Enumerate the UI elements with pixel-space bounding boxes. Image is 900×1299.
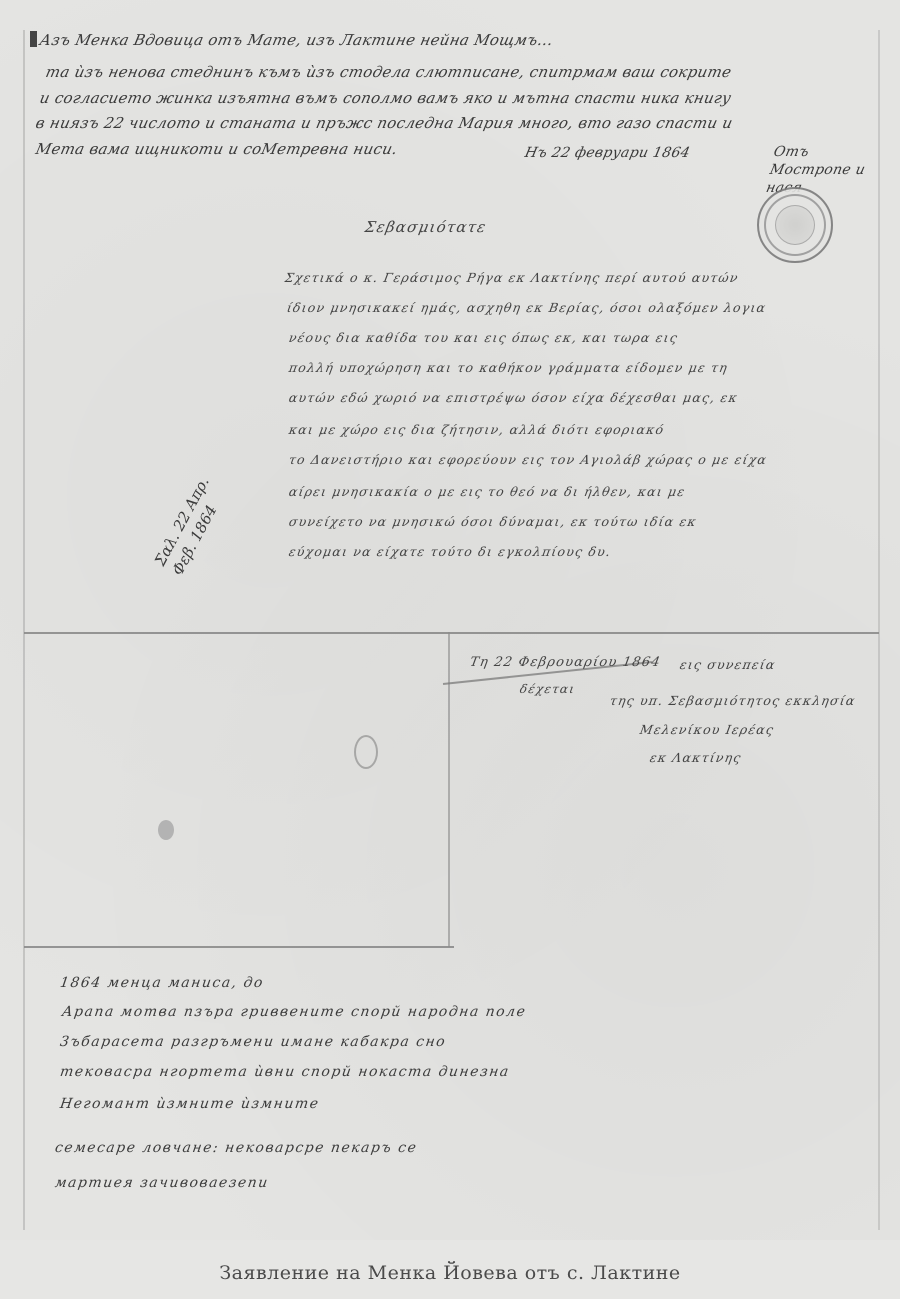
fold-line-vertical-middle: [448, 632, 450, 947]
document-sheet: Азъ Менка Вдовица отъ Мате, изъ Лактине …: [0, 0, 900, 1240]
greek-heading: Σεβασμιότατε: [363, 218, 488, 236]
fold-line-vertical-right: [878, 30, 880, 1230]
top-line-5: Мета вама ищникоти и соМетревна ниси.: [34, 140, 399, 158]
bottom-line-6: семесаре ловчане: нековарсре пекаръ се: [54, 1140, 419, 1156]
greek-line-2: ίδιον μνησικακεί ημάς, ασχηθη εκ Βερίας,…: [286, 300, 768, 315]
greek-line-7: το Δανειστήριο και εφορεύουν εις τον Αγι…: [288, 452, 769, 467]
bottom-line-2: Арапа мотва пзъра гриввените спорй народ…: [61, 1004, 528, 1020]
top-line-3: и согласието жинка изъятна въмъ сополмо …: [38, 89, 733, 107]
greek-line-3: νέους δια καθίδα του και εις όπως εκ, κα…: [288, 330, 680, 345]
bottom-line-1: 1864 менца маниса, до: [59, 975, 265, 991]
greek-line-6: και με χώρο εις δια ζήτησιν, αλλά διότι …: [288, 422, 666, 437]
top-date-line: Нъ 22 февруари 1864: [523, 145, 691, 161]
annotation-line-3: Μελενίκου Ιερέας: [639, 722, 776, 737]
annotation-line-1: εις συνεπεία: [679, 657, 777, 672]
top-line-4: в ниязъ 22 числото и станата и пръжс пос…: [34, 114, 734, 132]
ink-blot-outline: [354, 735, 378, 769]
bottom-line-4: тековасра нгортета ѝвни спорй нокаста ди…: [59, 1064, 511, 1080]
annotation-line-2: της υπ. Σεβασμιότητος εκκλησία: [609, 693, 857, 708]
annotation-date: Τη 22 Φεβρουαρίου 1864: [469, 655, 662, 670]
fold-line-horizontal-upper: [24, 632, 879, 634]
greek-line-5: αυτών εδώ χωριό να επιστρέψω όσον είχα δ…: [288, 390, 740, 405]
fold-line-vertical-left: [23, 30, 25, 1230]
annotation-sub-note: δέχεται: [519, 682, 577, 696]
top-line-2: та ѝзъ ненова стеднинъ къмъ ѝзъ стодела …: [44, 63, 733, 81]
fold-line-horizontal-lower: [24, 946, 454, 948]
document-caption: Заявление на Менка Йовева отъ с. Лактине: [0, 1262, 900, 1284]
bottom-line-7: мартиея зачивоваезепи: [54, 1175, 270, 1191]
greek-line-8: αίρει μνησικακία ο με εις το θεό να δι ή…: [288, 484, 687, 499]
bottom-line-5: Негомант ѝзмните ѝзмните: [59, 1096, 321, 1112]
greek-line-4: πολλή υποχώρηση και το καθήκον γράμματα …: [288, 360, 730, 375]
greek-line-9: συνείχετο να μνησικώ όσοι δύναμαι, εκ το…: [288, 514, 699, 529]
rotated-margin-note: Σαλ. 22 Απρ. Φεβ. 1864: [150, 474, 231, 579]
annotation-line-4: εκ Λακτίνης: [649, 750, 743, 765]
seal-stamp: [757, 187, 833, 263]
greek-line-10: εύχομαι να είχατε τούτο δι εγκολπίους δυ…: [288, 544, 613, 559]
top-line-1: Азъ Менка Вдовица отъ Мате, изъ Лактине …: [38, 31, 555, 49]
ink-blot: [158, 820, 174, 840]
corner-mark: [30, 31, 37, 47]
bottom-line-3: 3ъбарасета разгръмени имане кабакра сно: [59, 1034, 447, 1050]
greek-line-1: Σχετικά ο κ. Γεράσιμος Ρήγα εκ Λακτίνης …: [284, 270, 740, 285]
